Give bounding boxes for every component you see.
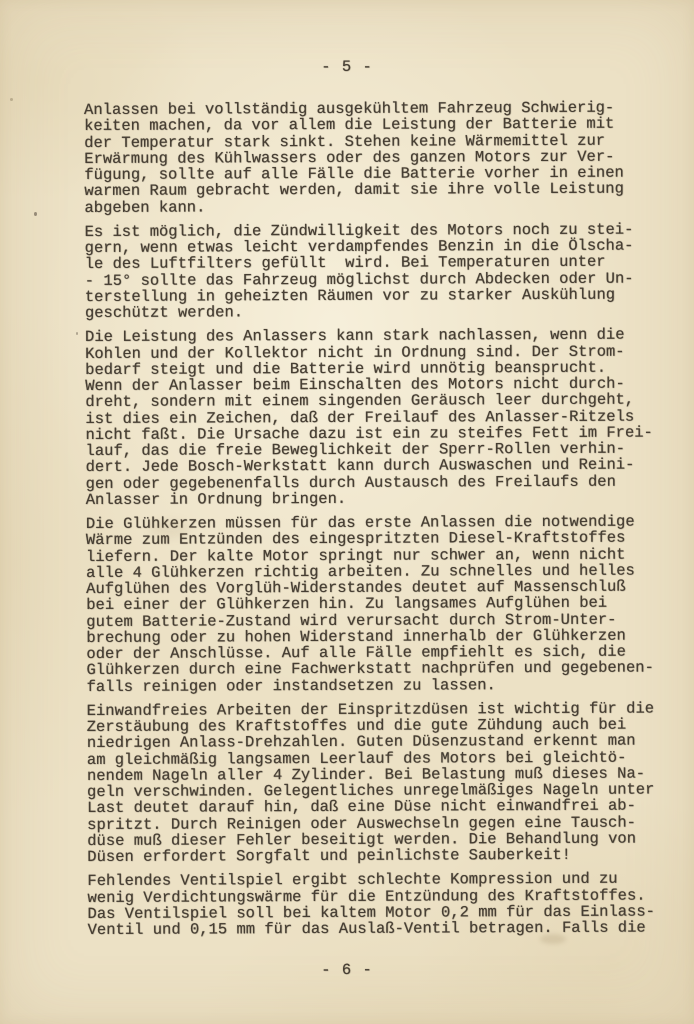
paper-speck — [76, 332, 78, 335]
paragraph-battery-cold-start: Anlassen bei vollständig ausgekühltem Fa… — [84, 99, 674, 215]
paragraph-valve-clearance: Fehlendes Ventilspiel ergibt schlechte K… — [87, 871, 677, 939]
page-number-bottom: - 6 - — [0, 960, 694, 981]
paragraph-starter-performance: Die Leistung des Anlassers kann stark na… — [85, 327, 676, 508]
paragraph-injection-nozzles: Einwandfreies Arbeiten der Einspritzdüse… — [87, 700, 678, 865]
scanned-document-page: - 5 - Anlassen bei vollständig ausgekühl… — [0, 0, 694, 1024]
page-number-top: - 5 - — [0, 59, 694, 75]
paper-speck — [10, 98, 13, 101]
paper-speck — [34, 212, 37, 216]
document-body: Anlassen bei vollständig ausgekühltem Fa… — [84, 99, 678, 946]
paragraph-ignition-willingness: Es ist möglich, die Zündwilligkeit des M… — [85, 221, 675, 321]
paragraph-glow-plugs: Die Glühkerzen müssen für das erste Anla… — [86, 513, 677, 694]
